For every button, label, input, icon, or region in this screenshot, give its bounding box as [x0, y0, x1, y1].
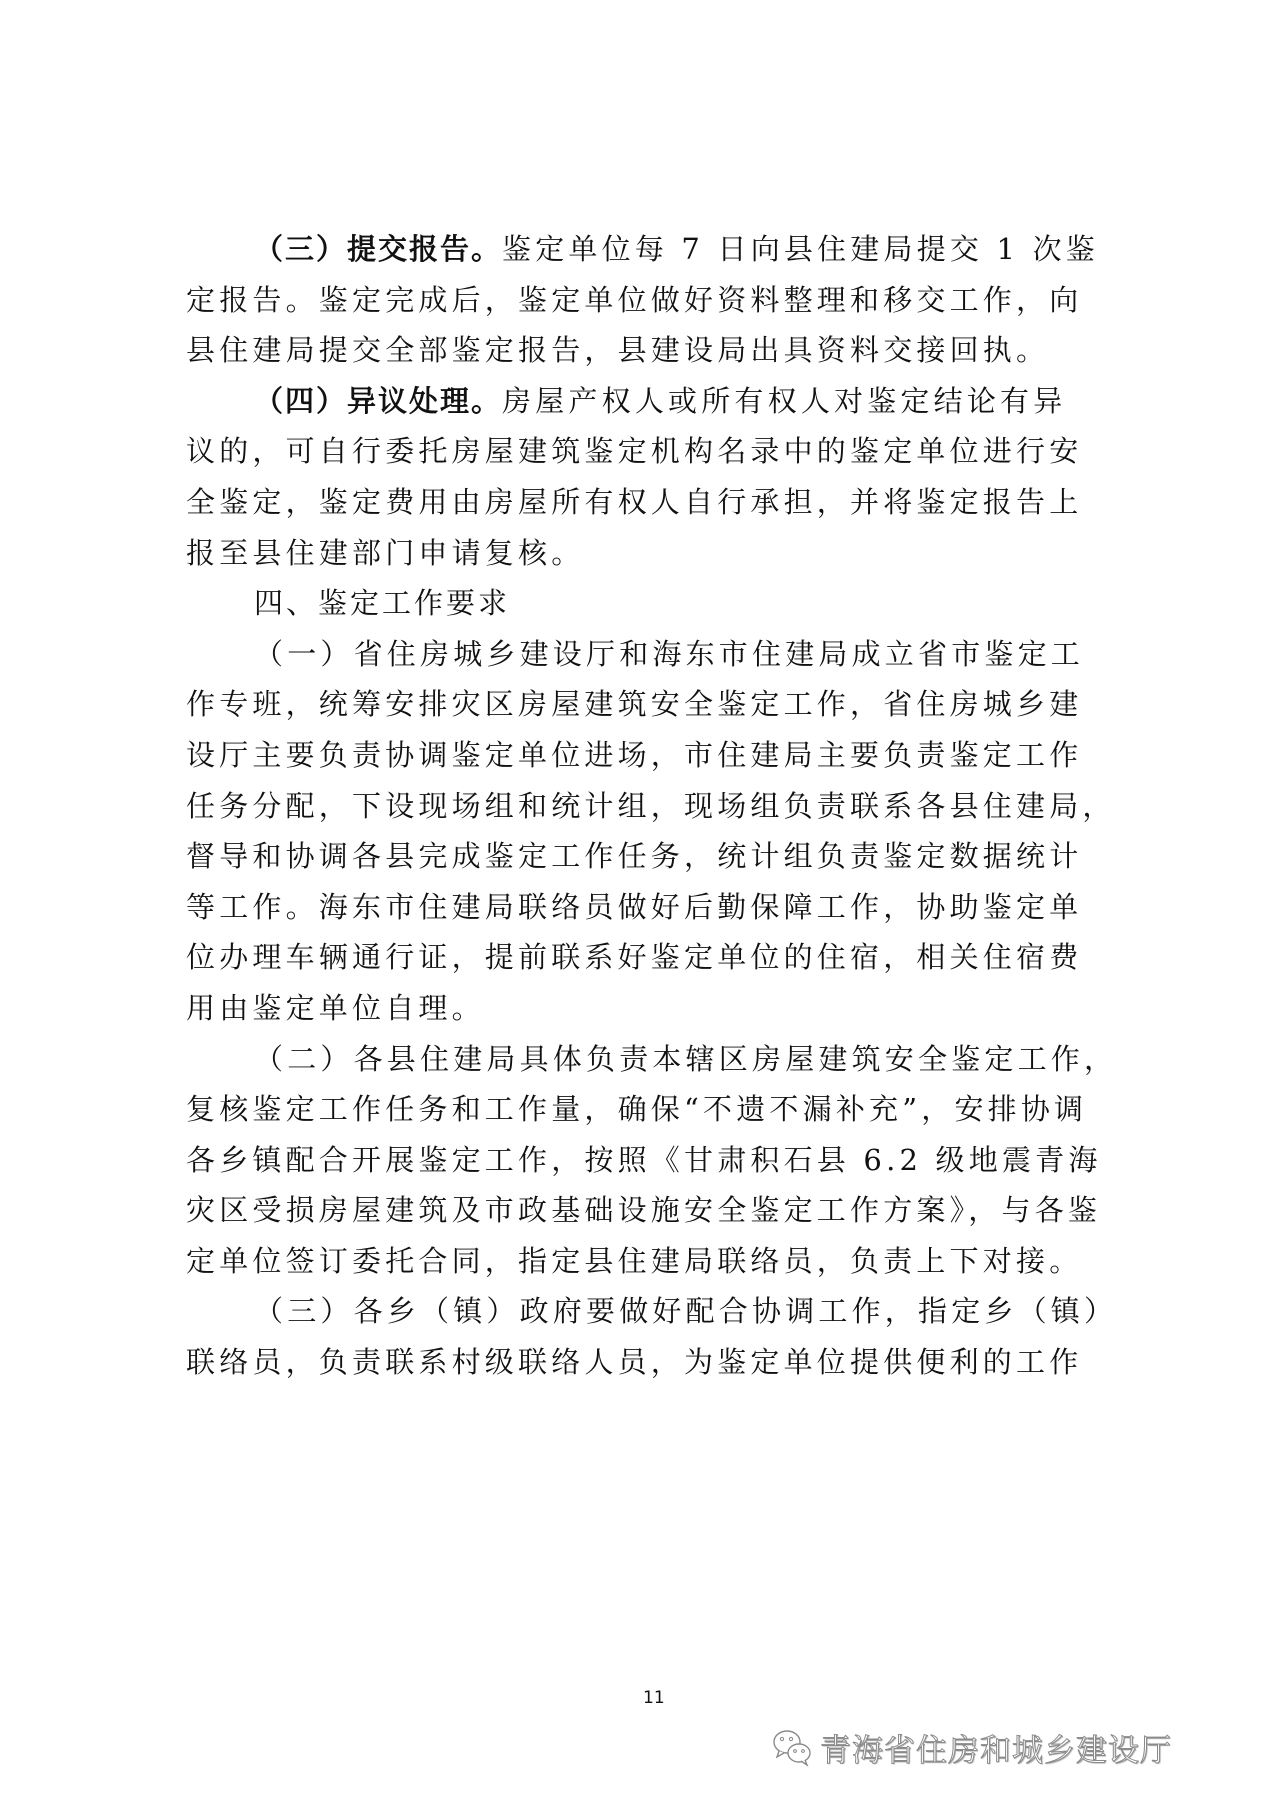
- section-title: （三）提交报告。: [254, 232, 502, 266]
- paragraph-line: 县住建局提交全部鉴定报告，县建设局出具资料交接回执。: [186, 325, 1126, 376]
- paragraph-line: 灾区受损房屋建筑及市政基础设施安全鉴定工作方案》，与各鉴: [186, 1185, 1126, 1236]
- paragraph-line: 用由鉴定单位自理。: [186, 983, 1126, 1034]
- paragraph-line: 议的，可自行委托房屋建筑鉴定机构名录中的鉴定单位进行安: [186, 426, 1126, 477]
- wechat-icon: [772, 1728, 814, 1768]
- paragraph-line: （三）提交报告。鉴定单位每 7 日向县住建局提交 1 次鉴: [186, 224, 1126, 275]
- paragraph-line: 联络员，负责联系村级联络人员，为鉴定单位提供便利的工作: [186, 1337, 1126, 1388]
- paragraph-line: （三）各乡（镇）政府要做好配合协调工作，指定乡（镇）: [186, 1286, 1126, 1337]
- paragraph-line: （二）各县住建局具体负责本辖区房屋建筑安全鉴定工作，: [186, 1034, 1126, 1085]
- paragraph-line: 等工作。海东市住建局联络员做好后勤保障工作，协助鉴定单: [186, 882, 1126, 933]
- paragraph-line: （四）异议处理。房屋产权人或所有权人对鉴定结论有异: [186, 376, 1126, 427]
- document-body: （三）提交报告。鉴定单位每 7 日向县住建局提交 1 次鉴 定报告。鉴定完成后，…: [186, 224, 1126, 1388]
- paragraph-line: （一）省住房城乡建设厅和海东市住建局成立省市鉴定工: [186, 629, 1126, 680]
- paragraph-line: 复核鉴定工作任务和工作量，确保“不遗不漏补充”，安排协调: [186, 1084, 1126, 1135]
- paragraph-line: 设厅主要负责协调鉴定单位进场，市住建局主要负责鉴定工作: [186, 730, 1126, 781]
- watermark-text: 青海省住房和城乡建设厅: [820, 1725, 1172, 1770]
- page-number: 11: [643, 1688, 665, 1708]
- paragraph-line: 各乡镇配合开展鉴定工作，按照《甘肃积石县 6.2 级地震青海: [186, 1135, 1126, 1186]
- paragraph-line: 督导和协调各县完成鉴定工作任务，统计组负责鉴定数据统计: [186, 831, 1126, 882]
- section-title: （四）异议处理。: [254, 384, 502, 418]
- watermark: 青海省住房和城乡建设厅: [772, 1725, 1172, 1770]
- paragraph-line: 报至县住建部门申请复核。: [186, 528, 1126, 579]
- paragraph-line: 全鉴定，鉴定费用由房屋所有权人自行承担，并将鉴定报告上: [186, 477, 1126, 528]
- paragraph-line: 任务分配，下设现场组和统计组，现场组负责联系各县住建局，: [186, 781, 1126, 832]
- paragraph-line: 定报告。鉴定完成后，鉴定单位做好资料整理和移交工作，向: [186, 275, 1126, 326]
- section-heading: 四、鉴定工作要求: [186, 578, 1126, 629]
- paragraph-line: 位办理车辆通行证，提前联系好鉴定单位的住宿，相关住宿费: [186, 932, 1126, 983]
- document-page: （三）提交报告。鉴定单位每 7 日向县住建局提交 1 次鉴 定报告。鉴定完成后，…: [0, 0, 1280, 1810]
- paragraph-line: 定单位签订委托合同，指定县住建局联络员，负责上下对接。: [186, 1236, 1126, 1287]
- paragraph-line: 作专班，统筹安排灾区房屋建筑安全鉴定工作，省住房城乡建: [186, 679, 1126, 730]
